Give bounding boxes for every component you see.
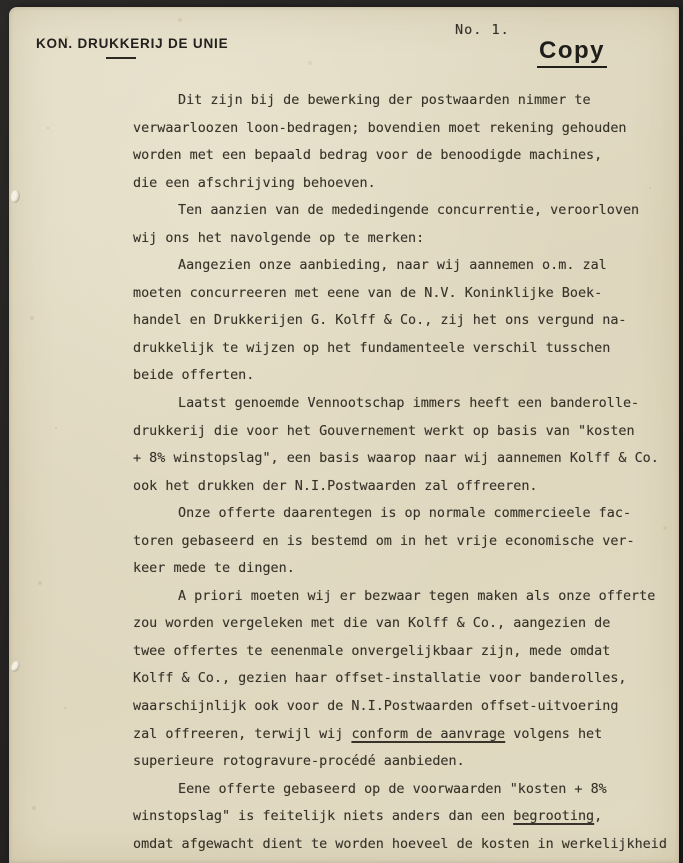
letter-body: Dit zijn bij de bewerking der postwaarde… (133, 87, 683, 858)
paragraph: Ten aanzien van de mededingende concurre… (133, 197, 683, 252)
paper-foxing-speckles (9, 7, 11, 9)
paper-tear (11, 190, 20, 203)
copy-label: Copy (537, 37, 607, 68)
paragraph: Eene offerte gebaseerd op de voorwaarden… (133, 776, 683, 859)
document-page: KON. DRUKKERIJ DE UNIE No. 1. Copy Dit z… (9, 7, 679, 863)
paragraph: Dit zijn bij de bewerking der postwaarde… (133, 87, 683, 197)
document-number: No. 1. (455, 22, 510, 38)
paragraph: Onze offerte daarentegen is op normale c… (133, 500, 683, 583)
letterhead: KON. DRUKKERIJ DE UNIE (36, 36, 228, 51)
paragraph: Laatst genoemde Vennootschap immers heef… (133, 390, 683, 500)
paragraph: Aangezien onze aanbieding, naar wij aann… (133, 252, 683, 390)
letterhead-rule (106, 57, 136, 59)
paragraph: A priori moeten wij er bezwaar tegen mak… (133, 583, 683, 776)
paper-tear (10, 660, 20, 673)
